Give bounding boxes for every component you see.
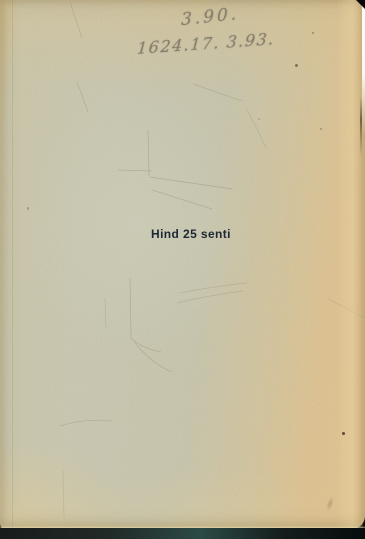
stain-speck: [312, 32, 314, 34]
spine-fold-line: [12, 0, 13, 529]
scanned-book-cover: 3.90. 1624.17. 3.93. Hind 25 senti: [0, 0, 365, 539]
handwritten-inventory-note: 1624.17. 3.93.: [136, 29, 275, 58]
paper-texture: [0, 0, 365, 529]
stain-speck: [27, 207, 29, 210]
stain-speck: [320, 128, 322, 130]
printed-price-label: Hind 25 senti: [151, 227, 231, 241]
book-edge-shadow: [0, 528, 365, 539]
stain-speck: [258, 118, 260, 120]
edge-light-band: [337, 0, 363, 529]
book-cover: 3.90. 1624.17. 3.93. Hind 25 senti: [0, 0, 365, 529]
stain-smudge: [325, 495, 336, 512]
crease-lines: [0, 0, 365, 529]
stain-speck: [295, 64, 298, 67]
handwritten-price-note: 3.90.: [181, 4, 239, 30]
scan-background-corner: [356, 0, 365, 9]
